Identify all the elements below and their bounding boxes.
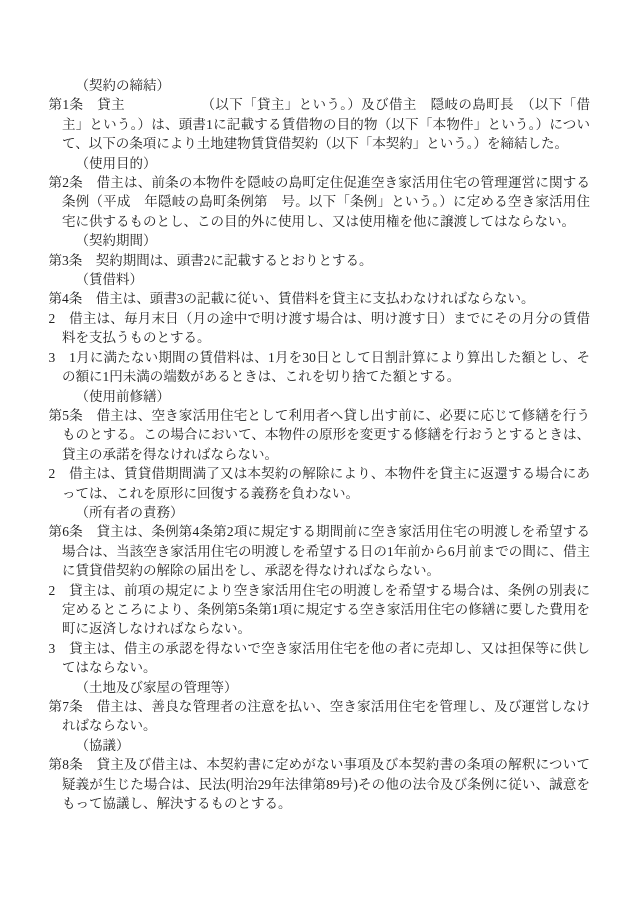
section-heading: （使用目的）	[62, 154, 590, 173]
contract-paragraph: 3 1月に満たない期間の賃借料は、1月を30日として日割計算により算出した額とし…	[62, 348, 590, 387]
contract-paragraph: 第6条 貸主は、条例第4条第2項に規定する期間前に空き家活用住宅の明渡しを希望す…	[62, 522, 590, 580]
contract-paragraph: 第4条 借主は、頭書3の記載に従い、賃借料を貸主に支払わなければならない。	[62, 289, 590, 308]
contract-paragraph: 第2条 借主は、前条の本物件を隠岐の島町定住促進空き家活用住宅の管理運営に関する…	[62, 173, 590, 231]
section-heading: （所有者の責務）	[62, 503, 590, 522]
section-heading: （使用前修繕）	[62, 387, 590, 406]
contract-section: （賃借料） 第4条 借主は、頭書3の記載に従い、賃借料を貸主に支払わなければなら…	[62, 270, 590, 386]
section-heading: （賃借料）	[62, 270, 590, 289]
contract-paragraph: 第8条 貸主及び借主は、本契約書に定めがない事項及び本契約書の条項の解釈について…	[62, 755, 590, 813]
contract-body: （契約の締結） 第1条 貸主 （以下「貸主」という。）及び借主 隠岐の島町長 （…	[62, 76, 590, 813]
contract-paragraph: 3 貸主は、借主の承認を得ないで空き家活用住宅を他の者に売却し、又は担保等に供し…	[62, 639, 590, 678]
section-heading: （土地及び家屋の管理等）	[62, 678, 590, 697]
contract-paragraph: 第7条 借主は、善良な管理者の注意を払い、空き家活用住宅を管理し、及び運営しなけ…	[62, 697, 590, 736]
contract-section: （協議） 第8条 貸主及び借主は、本契約書に定めがない事項及び本契約書の条項の解…	[62, 736, 590, 814]
contract-section: （契約期間） 第3条 契約期間は、頭書2に記載するとおりとする。	[62, 231, 590, 270]
section-heading: （契約の締結）	[62, 76, 590, 95]
contract-section: （使用前修繕） 第5条 借主は、空き家活用住宅として利用者へ貸し出す前に、必要に…	[62, 387, 590, 503]
contract-paragraph: 第5条 借主は、空き家活用住宅として利用者へ貸し出す前に、必要に応じて修繕を行う…	[62, 406, 590, 464]
contract-paragraph: 第1条 貸主 （以下「貸主」という。）及び借主 隠岐の島町長 （以下「借主」とい…	[62, 95, 590, 153]
contract-section: （使用目的） 第2条 借主は、前条の本物件を隠岐の島町定住促進空き家活用住宅の管…	[62, 154, 590, 232]
contract-paragraph: 2 借主は、賃貸借期間満了又は本契約の解除により、本物件を貸主に返還する場合にあ…	[62, 464, 590, 503]
section-heading: （協議）	[62, 736, 590, 755]
contract-section: （土地及び家屋の管理等） 第7条 借主は、善良な管理者の注意を払い、空き家活用住…	[62, 678, 590, 736]
contract-section: （所有者の責務） 第6条 貸主は、条例第4条第2項に規定する期間前に空き家活用住…	[62, 503, 590, 678]
document-page: （契約の締結） 第1条 貸主 （以下「貸主」という。）及び借主 隠岐の島町長 （…	[0, 0, 630, 915]
contract-paragraph: 2 借主は、毎月末日（月の途中で明け渡す場合は、明け渡す日）までにその月分の賃借…	[62, 309, 590, 348]
section-heading: （契約期間）	[62, 231, 590, 250]
contract-paragraph: 第3条 契約期間は、頭書2に記載するとおりとする。	[62, 251, 590, 270]
contract-section: （契約の締結） 第1条 貸主 （以下「貸主」という。）及び借主 隠岐の島町長 （…	[62, 76, 590, 154]
contract-paragraph: 2 貸主は、前項の規定により空き家活用住宅の明渡しを希望する場合は、条例の別表に…	[62, 581, 590, 639]
